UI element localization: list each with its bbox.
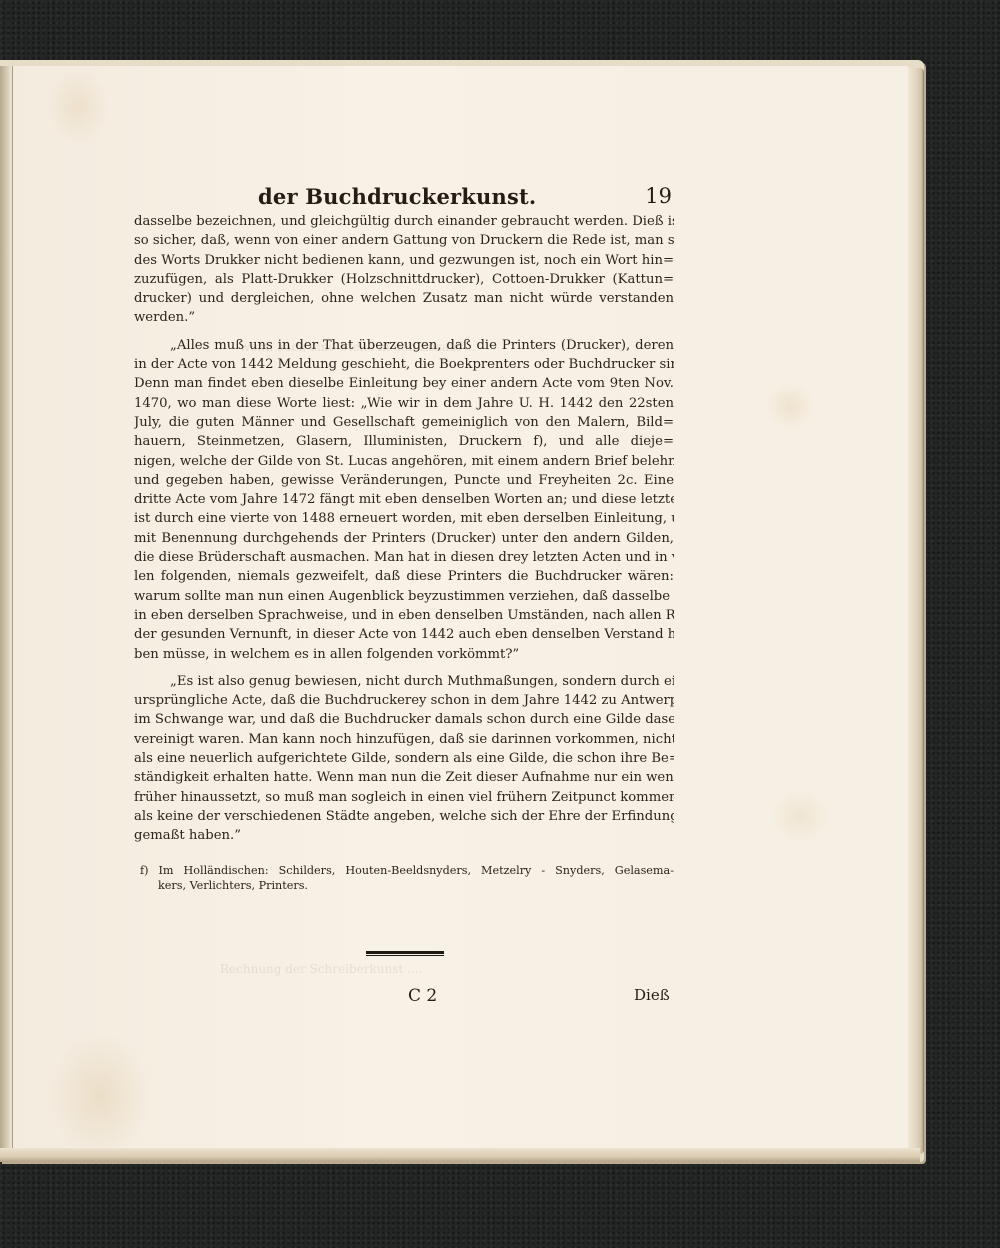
text-line: und gegeben haben, gewisse Veränderungen… <box>134 471 674 490</box>
text-line: als keine der verschiedenen Städte angeb… <box>134 807 674 826</box>
footnote-line: f) Im Holländischen: Schilders, Houten-B… <box>134 863 674 878</box>
text-line: im Schwange war, und daß die Buchdrucker… <box>134 710 674 729</box>
text-line: ben müsse, in welchem es in allen folgen… <box>134 645 674 664</box>
page-edge-right <box>908 68 924 1154</box>
footnote: f) Im Holländischen: Schilders, Houten-B… <box>134 863 674 893</box>
page-number: 19 <box>645 184 672 208</box>
paragraph-2: „Alles muß uns in der That überzeugen, d… <box>134 336 674 664</box>
running-head: der Buchdruckerkunst. 19 <box>134 182 674 212</box>
text-line: hauern, Steinmetzen, Glasern, Illuminist… <box>134 432 674 451</box>
text-line: in der Acte von 1442 Meldung geschieht, … <box>134 355 674 374</box>
text-line: früher hinaussetzt, so muß man sogleich … <box>134 788 674 807</box>
text-line: len folgenden, niemals gezweifelt, daß d… <box>134 567 674 586</box>
text-line: Denn man findet eben dieselbe Einleitung… <box>134 374 674 393</box>
running-title: der Buchdruckerkunst. <box>258 184 536 209</box>
double-rule-divider <box>366 951 444 956</box>
text-line: zuzufügen, als Platt-Drukker (Holzschnit… <box>134 270 674 289</box>
text-line: in eben derselben Sprachweise, und in eb… <box>134 606 674 625</box>
text-line: die diese Brüderschaft ausmachen. Man ha… <box>134 548 674 567</box>
show-through-text: Rechnung der Schreiberkunst .... <box>220 962 422 976</box>
text-line: gemaßt haben.” <box>134 826 674 845</box>
signature-mark: C 2 <box>408 986 437 1006</box>
text-line: ursprüngliche Acte, daß die Buchdruckere… <box>134 691 674 710</box>
text-line: werden.” <box>134 308 674 327</box>
text-line: drucker) und dergleichen, ohne welchen Z… <box>134 289 674 308</box>
page-text-block: der Buchdruckerkunst. 19 dasselbe bezeic… <box>134 182 674 893</box>
text-line: mit Benennung durchgehends der Printers … <box>134 529 674 548</box>
text-line: dritte Acte vom Jahre 1472 fängt mit ebe… <box>134 490 674 509</box>
text-line: der gesunden Vernunft, in dieser Acte vo… <box>134 625 674 644</box>
catchword: Dieß <box>634 986 670 1004</box>
text-line: ständigkeit erhalten hatte. Wenn man nun… <box>134 768 674 787</box>
text-line: warum sollte man nun einen Augenblick be… <box>134 587 674 606</box>
text-line: 1470, wo man diese Worte liest: „Wie wir… <box>134 394 674 413</box>
text-line: nigen, welche der Gilde von St. Lucas an… <box>134 452 674 471</box>
text-line: „Es ist also genug bewiesen, nicht durch… <box>134 672 674 691</box>
text-line: ist durch eine vierte von 1488 erneuert … <box>134 509 674 528</box>
paragraph-1: dasselbe bezeichnen, und gleichgültig du… <box>134 212 674 328</box>
paragraph-3: „Es ist also genug bewiesen, nicht durch… <box>134 672 674 846</box>
text-line: so sicher, daß, wenn von einer andern Ga… <box>134 231 674 250</box>
page-gutter <box>0 66 13 1148</box>
text-line: dasselbe bezeichnen, und gleichgültig du… <box>134 212 674 231</box>
text-line: als eine neuerlich aufgerichtete Gilde, … <box>134 749 674 768</box>
footnote-line: kers, Verlichters, Printers. <box>134 878 674 893</box>
text-line: des Worts Drukker nicht bedienen kann, u… <box>134 251 674 270</box>
text-line: „Alles muß uns in der That überzeugen, d… <box>134 336 674 355</box>
text-line: July, die guten Männer und Gesellschaft … <box>134 413 674 432</box>
text-line: vereinigt waren. Man kann noch hinzufüge… <box>134 730 674 749</box>
page-edge-bottom <box>0 1148 920 1162</box>
